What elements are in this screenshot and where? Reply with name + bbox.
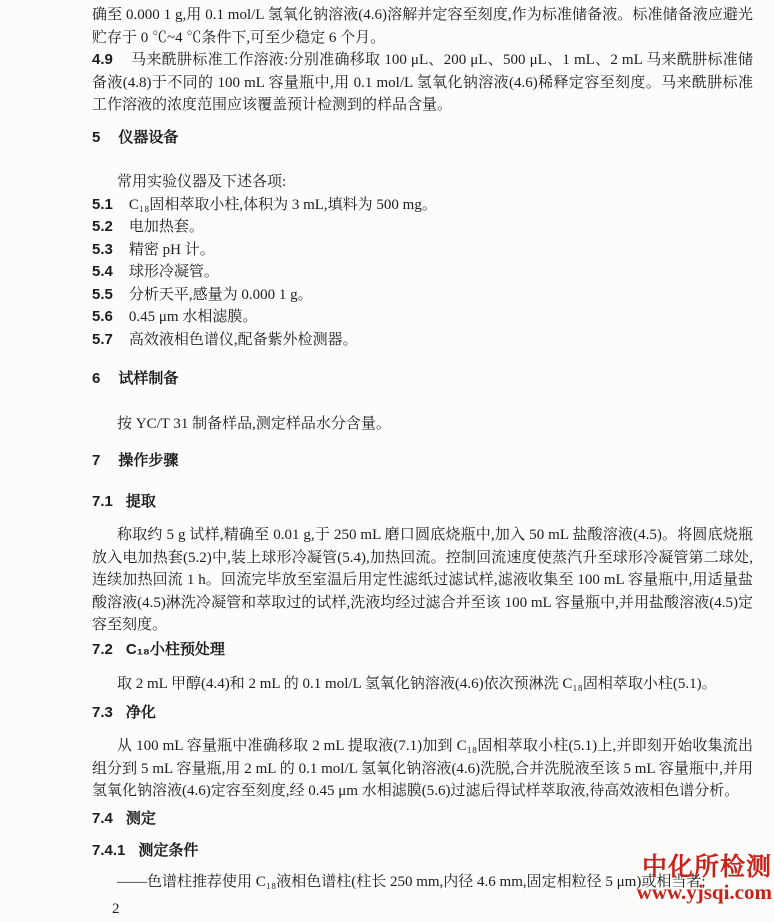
- list-item: 5.4球形冷凝管。: [92, 261, 753, 284]
- section-7-heading: 7操作步骤: [92, 450, 753, 473]
- list-item-number: 5.7: [92, 331, 113, 348]
- subsection-7-4-heading: 7.4测定: [92, 808, 753, 831]
- list-item-text: 0.45 μm 水相滤膜。: [129, 309, 257, 325]
- clause-4-9: 4.9马来酰肼标准工作溶液:分别准确移取 100 μL、200 μL、500 μ…: [92, 49, 753, 117]
- list-item-text: 精密 pH 计。: [129, 242, 215, 258]
- list-item-text: 球形冷凝管。: [129, 264, 219, 280]
- section-6-heading: 6试样制备: [92, 368, 753, 391]
- subsection-7-3-number: 7.3: [92, 704, 113, 721]
- list-item-number: 5.5: [92, 286, 113, 303]
- list-item: 5.2电加热套。: [92, 216, 753, 239]
- list-item-number: 5.4: [92, 263, 113, 280]
- section-6-number: 6: [92, 370, 100, 387]
- subsection-7-3-heading: 7.3净化: [92, 702, 753, 725]
- subsection-7-1-body: 称取约 5 g 试样,精确至 0.01 g,于 250 mL 磨口圆底烧瓶中,加…: [92, 524, 753, 637]
- list-item-number: 5.2: [92, 218, 113, 235]
- list-item: 5.3精密 pH 计。: [92, 239, 753, 262]
- subsection-7-4-1-title: 测定条件: [138, 842, 198, 859]
- clause-4-9-number: 4.9: [92, 51, 113, 68]
- list-item-number: 5.6: [92, 308, 113, 325]
- subsection-7-1-number: 7.1: [92, 493, 113, 510]
- list-item-number: 5.1: [92, 196, 113, 213]
- list-item-text: C₁₈固相萃取小柱,体积为 3 mL,填料为 500 mg。: [129, 197, 437, 213]
- section-5-intro: 常用实验仪器及下述各项:: [92, 171, 753, 194]
- section-7-title: 操作步骤: [118, 452, 178, 469]
- subsection-7-4-1-body: ——色谱柱推荐使用 C₁₈液相色谱柱(柱长 250 mm,内径 4.6 mm,固…: [92, 871, 753, 894]
- section-7-number: 7: [92, 452, 100, 469]
- paragraph-carryover: 确至 0.000 1 g,用 0.1 mol/L 氢氧化钠溶液(4.6)溶解并定…: [92, 4, 753, 49]
- section-5-number: 5: [92, 129, 100, 146]
- list-item: 5.5分析天平,感量为 0.000 1 g。: [92, 284, 753, 307]
- subsection-7-2-number: 7.2: [92, 641, 113, 658]
- subsection-7-4-title: 测定: [126, 810, 156, 827]
- list-item-number: 5.3: [92, 241, 113, 258]
- clause-4-9-text: 马来酰肼标准工作溶液:分别准确移取 100 μL、200 μL、500 μL、1…: [92, 52, 753, 113]
- subsection-7-4-number: 7.4: [92, 810, 113, 827]
- list-item-text: 电加热套。: [129, 219, 204, 235]
- subsection-7-2-body: 取 2 mL 甲醇(4.4)和 2 mL 的 0.1 mol/L 氢氧化钠溶液(…: [92, 673, 753, 696]
- section-5-title: 仪器设备: [118, 129, 178, 146]
- list-item-text: 分析天平,感量为 0.000 1 g。: [129, 287, 313, 303]
- subsection-7-4-1-number: 7.4.1: [92, 842, 125, 859]
- list-item: 5.60.45 μm 水相滤膜。: [92, 306, 753, 329]
- subsection-7-3-body: 从 100 mL 容量瓶中准确移取 2 mL 提取液(7.1)加到 C₁₈固相萃…: [92, 735, 753, 803]
- list-item: 5.1C₁₈固相萃取小柱,体积为 3 mL,填料为 500 mg。: [92, 194, 753, 217]
- list-item: 5.7高效液相色谱仪,配备紫外检测器。: [92, 329, 753, 352]
- subsection-7-1-heading: 7.1提取: [92, 491, 753, 514]
- list-item-text: 高效液相色谱仪,配备紫外检测器。: [129, 332, 358, 348]
- standard-document-page: 确至 0.000 1 g,用 0.1 mol/L 氢氧化钠溶液(4.6)溶解并定…: [0, 0, 774, 922]
- section-6-title: 试样制备: [118, 370, 178, 387]
- subsection-7-2-heading: 7.2C₁₈小柱预处理: [92, 639, 753, 662]
- section-6-body: 按 YC/T 31 制备样品,测定样品水分含量。: [92, 413, 753, 436]
- subsection-7-1-title: 提取: [126, 493, 156, 510]
- page-number: 2: [112, 898, 120, 921]
- subsection-7-2-title: C₁₈小柱预处理: [126, 641, 225, 658]
- apparatus-list: 5.1C₁₈固相萃取小柱,体积为 3 mL,填料为 500 mg。 5.2电加热…: [92, 194, 753, 352]
- subsection-7-4-1-heading: 7.4.1测定条件: [92, 840, 753, 863]
- section-5-heading: 5仪器设备: [92, 127, 753, 150]
- subsection-7-3-title: 净化: [126, 704, 156, 721]
